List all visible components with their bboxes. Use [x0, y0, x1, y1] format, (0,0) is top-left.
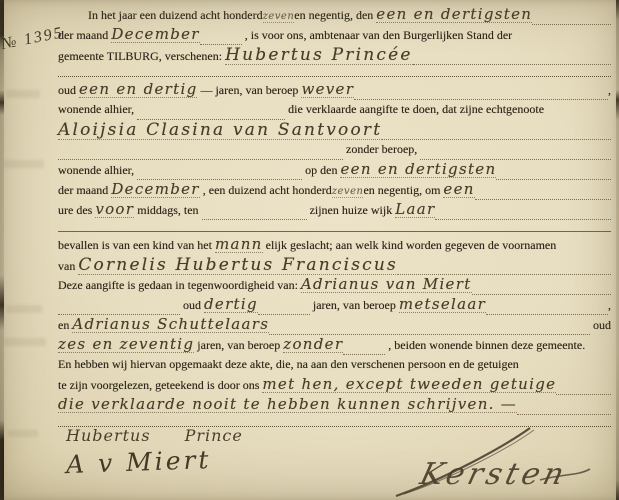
blank-field [137, 107, 285, 120]
printed-text: jaren, van beroep [310, 298, 399, 313]
printed-text: — jaren, van beroep [197, 83, 301, 98]
document-line: en Adrianus Schuttelaars oud [58, 317, 611, 337]
handwritten-text: zeven [263, 12, 295, 23]
handwritten-text: met hen, except tweeden getuige [262, 377, 556, 393]
printed-text: der maand [58, 183, 111, 198]
printed-text: Deze aangifte is gedaan in tegenwoordigh… [58, 278, 301, 293]
blank-field [202, 207, 307, 220]
handwritten-text: Hubertus Princée [225, 47, 413, 65]
handwritten-text: December [111, 182, 199, 198]
handwritten-text: mann [215, 237, 263, 253]
left-signatures: Hubertus Prince A v Miert [66, 426, 243, 476]
document-lines: In het jaar een duizend acht honderdzeve… [58, 7, 611, 432]
signature-declarant: Hubertus Prince [66, 426, 243, 445]
printed-text: zonder beroep, [343, 142, 420, 157]
printed-text: , [608, 298, 611, 313]
document-line: wonende alhier, op den een en dertigsten [58, 162, 611, 182]
printed-text: der maand [58, 28, 111, 43]
printed-text: gemeente TILBURG, verschenen: [58, 49, 225, 64]
blank-field [137, 167, 302, 180]
printed-text: van [58, 259, 78, 274]
blank-field [413, 52, 611, 65]
blank-field [420, 147, 611, 160]
blank-field [58, 302, 180, 315]
document-line: oud een en dertig — jaren, van beroep we… [58, 82, 611, 102]
document-line: bevallen is van een kind van het mann el… [58, 237, 611, 257]
handwritten-text: Cornelis Hubertus Franciscus [78, 257, 398, 275]
printed-text: middags, ten [134, 203, 201, 218]
document-line: der maand December , een duizend acht ho… [58, 182, 611, 202]
separator-rule [58, 67, 611, 77]
printed-text: jaren, van beroep [194, 338, 283, 353]
handwritten-text: Adrianus Schuttelaars [72, 317, 269, 333]
printed-text: wonende alhier, [58, 102, 137, 117]
document-line: gemeente TILBURG, verschenen: Hubertus P… [58, 47, 611, 67]
document-line: In het jaar een duizend acht honderdzeve… [58, 7, 611, 27]
blank-field [382, 127, 611, 140]
handwritten-text: een en dertig [79, 82, 197, 98]
handwritten-text: December [111, 27, 199, 43]
printed-text: oud [590, 318, 611, 333]
document-line: Deze aangifte is gedaan in tegenwoordigh… [58, 277, 611, 297]
document-page: № 1395 In het jaar een duizend acht hond… [0, 0, 619, 500]
blank-field [58, 147, 343, 160]
printed-text: oud [180, 298, 204, 313]
document-line: En hebben wij hiervan opgemaakt deze akt… [58, 357, 611, 377]
printed-text: elijk geslacht; aan welk kind worden geg… [263, 238, 557, 253]
handwritten-text: Adrianus van Miert [301, 277, 472, 293]
blank-field [258, 302, 310, 315]
blank-field [269, 322, 590, 335]
signature-witness: A v Miert [66, 444, 244, 479]
printed-text: En hebben wij hiervan opgemaakt deze akt… [58, 357, 519, 372]
printed-text: en negentig, den [294, 8, 376, 23]
printed-text: , is voor ons, ambtenaar van den Burgerl… [242, 28, 512, 43]
printed-text: bevallen is van een kind van het [58, 238, 215, 253]
printed-text: ure des [58, 203, 95, 218]
printed-text: die verklaarde aangifte te doen, dat zij… [285, 102, 544, 117]
blank-field [472, 282, 611, 295]
scan-edge-artifact-left [0, 0, 4, 500]
handwritten-text: die verklaarde nooit te hebben kunnen sc… [58, 397, 517, 413]
document-line: oud dertig jaren, van beroep metselaar, [58, 297, 611, 317]
blank-field [354, 87, 608, 100]
handwritten-text: dertig [204, 297, 258, 313]
document-line: wonende alhier, die verklaarde aangifte … [58, 102, 611, 122]
printed-text: , een duizend acht honderd [200, 183, 332, 198]
handwritten-text: Aloijsia Clasina van Santvoort [58, 122, 382, 140]
signature-declarant-first: Hubertus [66, 426, 151, 445]
ink-bleed-through [8, 430, 38, 437]
printed-text: In het jaar een duizend acht honderd [88, 8, 263, 23]
signature-block: Hubertus Prince A v Miert Kersten [58, 424, 609, 496]
handwritten-text: metselaar [399, 297, 486, 313]
signature-declarant-last: Prince [185, 426, 243, 445]
printed-text: , [608, 83, 611, 98]
blank-field [343, 342, 385, 355]
separator-rule [58, 222, 611, 232]
blank-field [556, 382, 611, 395]
printed-text: en [58, 318, 72, 333]
document-line: die verklaarde nooit te hebben kunnen sc… [58, 397, 611, 417]
handwritten-text: zes en zeventig [58, 337, 194, 353]
printed-text: te zijn voorgelezen, geteekend is door o… [58, 378, 262, 393]
blank-field [435, 207, 611, 220]
printed-text: en negentig, om [363, 183, 443, 198]
handwritten-text: wever [301, 82, 354, 98]
handwritten-text: Laar [395, 202, 435, 218]
handwritten-text: zeven [332, 187, 364, 198]
document-line: te zijn voorgelezen, geteekend is door o… [58, 377, 611, 397]
blank-field [486, 302, 608, 315]
handwritten-text: een [443, 182, 474, 198]
blank-field [532, 12, 611, 25]
ink-bleed-through [4, 338, 46, 346]
document-line: der maand December , is voor ons, ambten… [58, 27, 611, 47]
svg-text:Kersten: Kersten [416, 457, 572, 491]
signature-official: Kersten [382, 422, 597, 500]
act-number-margin-note: № 1395 [0, 24, 65, 54]
blank-field [517, 402, 611, 415]
printed-text: op den [302, 163, 340, 178]
printed-text: , beiden wonende binnen deze gemeente. [385, 338, 585, 353]
printed-text: oud [58, 83, 79, 98]
blank-field [398, 262, 611, 275]
document-line: zonder beroep, [58, 142, 611, 162]
ink-bleed-through [4, 160, 44, 168]
document-line: Aloijsia Clasina van Santvoort [58, 122, 611, 142]
document-line: zes en zeventig jaren, van beroep zonder… [58, 337, 611, 357]
handwritten-text: zonder [283, 337, 343, 353]
blank-field [475, 187, 611, 200]
printed-text: wonende alhier, [58, 163, 137, 178]
handwritten-text: een en dertigsten [340, 162, 496, 178]
handwritten-text: voor [95, 202, 134, 218]
blank-field [496, 167, 611, 180]
ink-bleed-through [6, 90, 40, 98]
printed-text: zijnen huize wijk [307, 203, 396, 218]
ink-bleed-through [6, 305, 42, 313]
document-line: ure des voor middags, ten zijnen huize w… [58, 202, 611, 222]
blank-field [200, 32, 242, 45]
handwritten-text: een en dertigsten [376, 7, 532, 23]
document-line: van Cornelis Hubertus Franciscus [58, 257, 611, 277]
